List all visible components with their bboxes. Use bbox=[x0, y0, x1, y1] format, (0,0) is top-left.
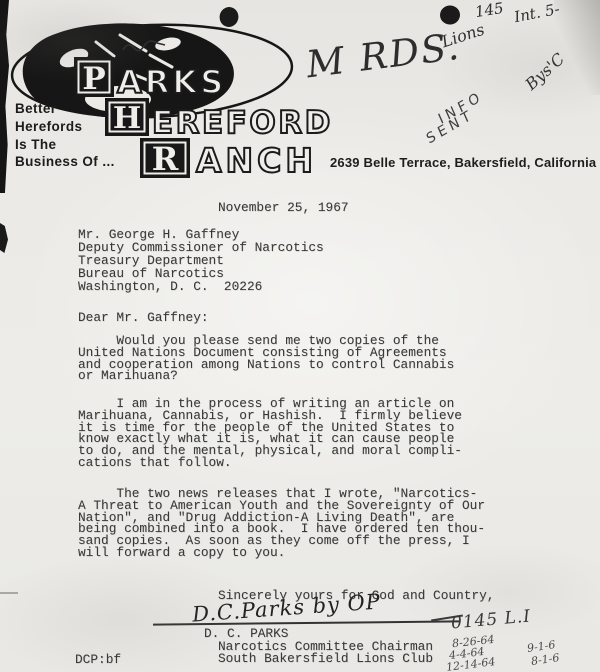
handwritten-date: 8-1-6 bbox=[530, 651, 560, 668]
handwritten-filing-code: 0145 L.I bbox=[450, 607, 532, 634]
scanned-letter-page: P ARKS H EREFORD R ANCH Better Herefords… bbox=[0, 0, 600, 672]
recipient-address-block: Mr. George H. Gaffney Deputy Commissione… bbox=[78, 229, 324, 294]
scan-crease-mark bbox=[0, 592, 18, 594]
body-paragraph-2: I am in the process of writing an articl… bbox=[78, 398, 462, 469]
brand-text-anch: ANCH bbox=[196, 141, 317, 180]
brand-text-arks: ARKS bbox=[117, 63, 226, 101]
letterhead-address: 2639 Belle Terrace, Bakersfield, Califor… bbox=[330, 155, 596, 170]
brand-letter-r: R bbox=[152, 140, 179, 178]
scan-edge-artifact bbox=[0, 223, 8, 253]
brand-letter-h: H bbox=[113, 101, 141, 136]
date-line: November 25, 1967 bbox=[218, 200, 349, 215]
reference-initials: DCP:bf bbox=[75, 652, 121, 667]
letterhead-tagline: Better Herefords Is The Business Of ... bbox=[15, 100, 115, 171]
brand-text-ereford: EREFORD bbox=[152, 105, 333, 141]
body-paragraph-1: Would you please send me two copies of t… bbox=[78, 335, 454, 382]
salutation: Dear Mr. Gaffney: bbox=[78, 310, 209, 325]
signer-organization: South Bakersfield Lions Club bbox=[218, 651, 433, 666]
body-paragraph-3: The two news releases that I wrote, "Nar… bbox=[78, 488, 485, 559]
brand-letter-p: P bbox=[82, 61, 105, 97]
